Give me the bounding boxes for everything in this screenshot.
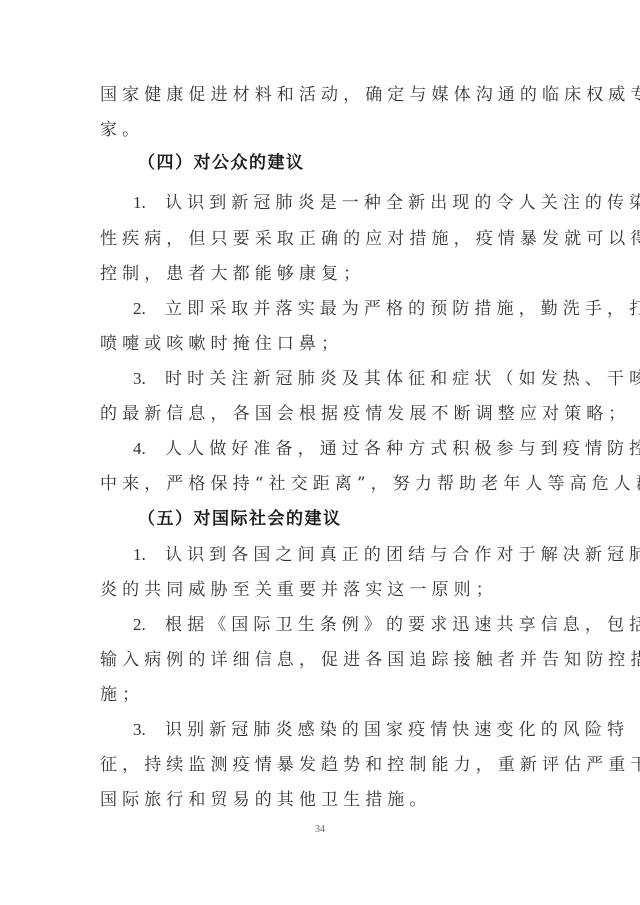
list-item-line: 施； bbox=[100, 678, 546, 712]
item-number: 3. bbox=[133, 713, 165, 747]
list-item-line: 1.认识到各国之间真正的团结与合作对于解决新冠肺 bbox=[133, 538, 546, 572]
item-number: 1. bbox=[133, 186, 165, 220]
document-page: 国家健康促进材料和活动，确定与媒体沟通的临床权威专 家。 （四）对公众的建议 1… bbox=[0, 0, 640, 905]
list-item-line: 中来，严格保持“社交距离”，努力帮助老年人等高危人群。 bbox=[100, 467, 546, 501]
list-item-line: 输入病例的详细信息，促进各国追踪接触者并告知防控措 bbox=[100, 643, 546, 677]
paragraph-line: 国家健康促进材料和活动，确定与媒体沟通的临床权威专 bbox=[100, 78, 546, 112]
list-item-line: 控制，患者大都能够康复； bbox=[100, 257, 546, 291]
page-number: 34 bbox=[0, 824, 640, 835]
list-item-line: 的最新信息，各国会根据疫情发展不断调整应对策略； bbox=[100, 397, 546, 431]
item-text: 人人做好准备，通过各种方式积极参与到疫情防控 bbox=[165, 439, 640, 459]
list-item-line: 喷嚏或咳嗽时掩住口鼻； bbox=[100, 327, 546, 361]
item-text: 识别新冠肺炎感染的国家疫情快速变化的风险特 bbox=[165, 720, 629, 740]
list-item-line: 3.时时关注新冠肺炎及其体征和症状（如发热、干咳） bbox=[133, 362, 546, 396]
item-number: 2. bbox=[133, 608, 165, 642]
paragraph-line: 家。 bbox=[100, 113, 546, 147]
item-number: 2. bbox=[133, 292, 165, 326]
item-text: 立即采取并落实最为严格的预防措施，勤洗手，打 bbox=[165, 299, 640, 319]
list-item-line: 2.根据《国际卫生条例》的要求迅速共享信息，包括 bbox=[133, 608, 546, 642]
list-item-line: 1.认识到新冠肺炎是一种全新出现的令人关注的传染 bbox=[133, 186, 546, 220]
list-item-line: 4.人人做好准备，通过各种方式积极参与到疫情防控 bbox=[133, 432, 546, 466]
item-text: 时时关注新冠肺炎及其体征和症状（如发热、干咳） bbox=[165, 369, 640, 389]
item-number: 4. bbox=[133, 432, 165, 466]
item-number: 3. bbox=[133, 362, 165, 396]
list-item-line: 国际旅行和贸易的其他卫生措施。 bbox=[100, 783, 546, 817]
list-item-line: 炎的共同威胁至关重要并落实这一原则； bbox=[100, 573, 546, 607]
list-item-line: 2.立即采取并落实最为严格的预防措施，勤洗手，打 bbox=[133, 292, 546, 326]
list-item-line: 3.识别新冠肺炎感染的国家疫情快速变化的风险特 bbox=[133, 713, 546, 747]
item-text: 认识到各国之间真正的团结与合作对于解决新冠肺 bbox=[165, 545, 640, 565]
item-text: 认识到新冠肺炎是一种全新出现的令人关注的传染 bbox=[165, 193, 640, 213]
section-heading-public: （四）对公众的建议 bbox=[138, 146, 305, 180]
list-item-line: 征，持续监测疫情暴发趋势和控制能力，重新评估严重干扰 bbox=[100, 748, 546, 782]
item-text: 根据《国际卫生条例》的要求迅速共享信息，包括 bbox=[165, 615, 640, 635]
item-number: 1. bbox=[133, 538, 165, 572]
list-item-line: 性疾病，但只要采取正确的应对措施，疫情暴发就可以得到 bbox=[100, 222, 546, 256]
section-heading-international: （五）对国际社会的建议 bbox=[138, 502, 342, 536]
